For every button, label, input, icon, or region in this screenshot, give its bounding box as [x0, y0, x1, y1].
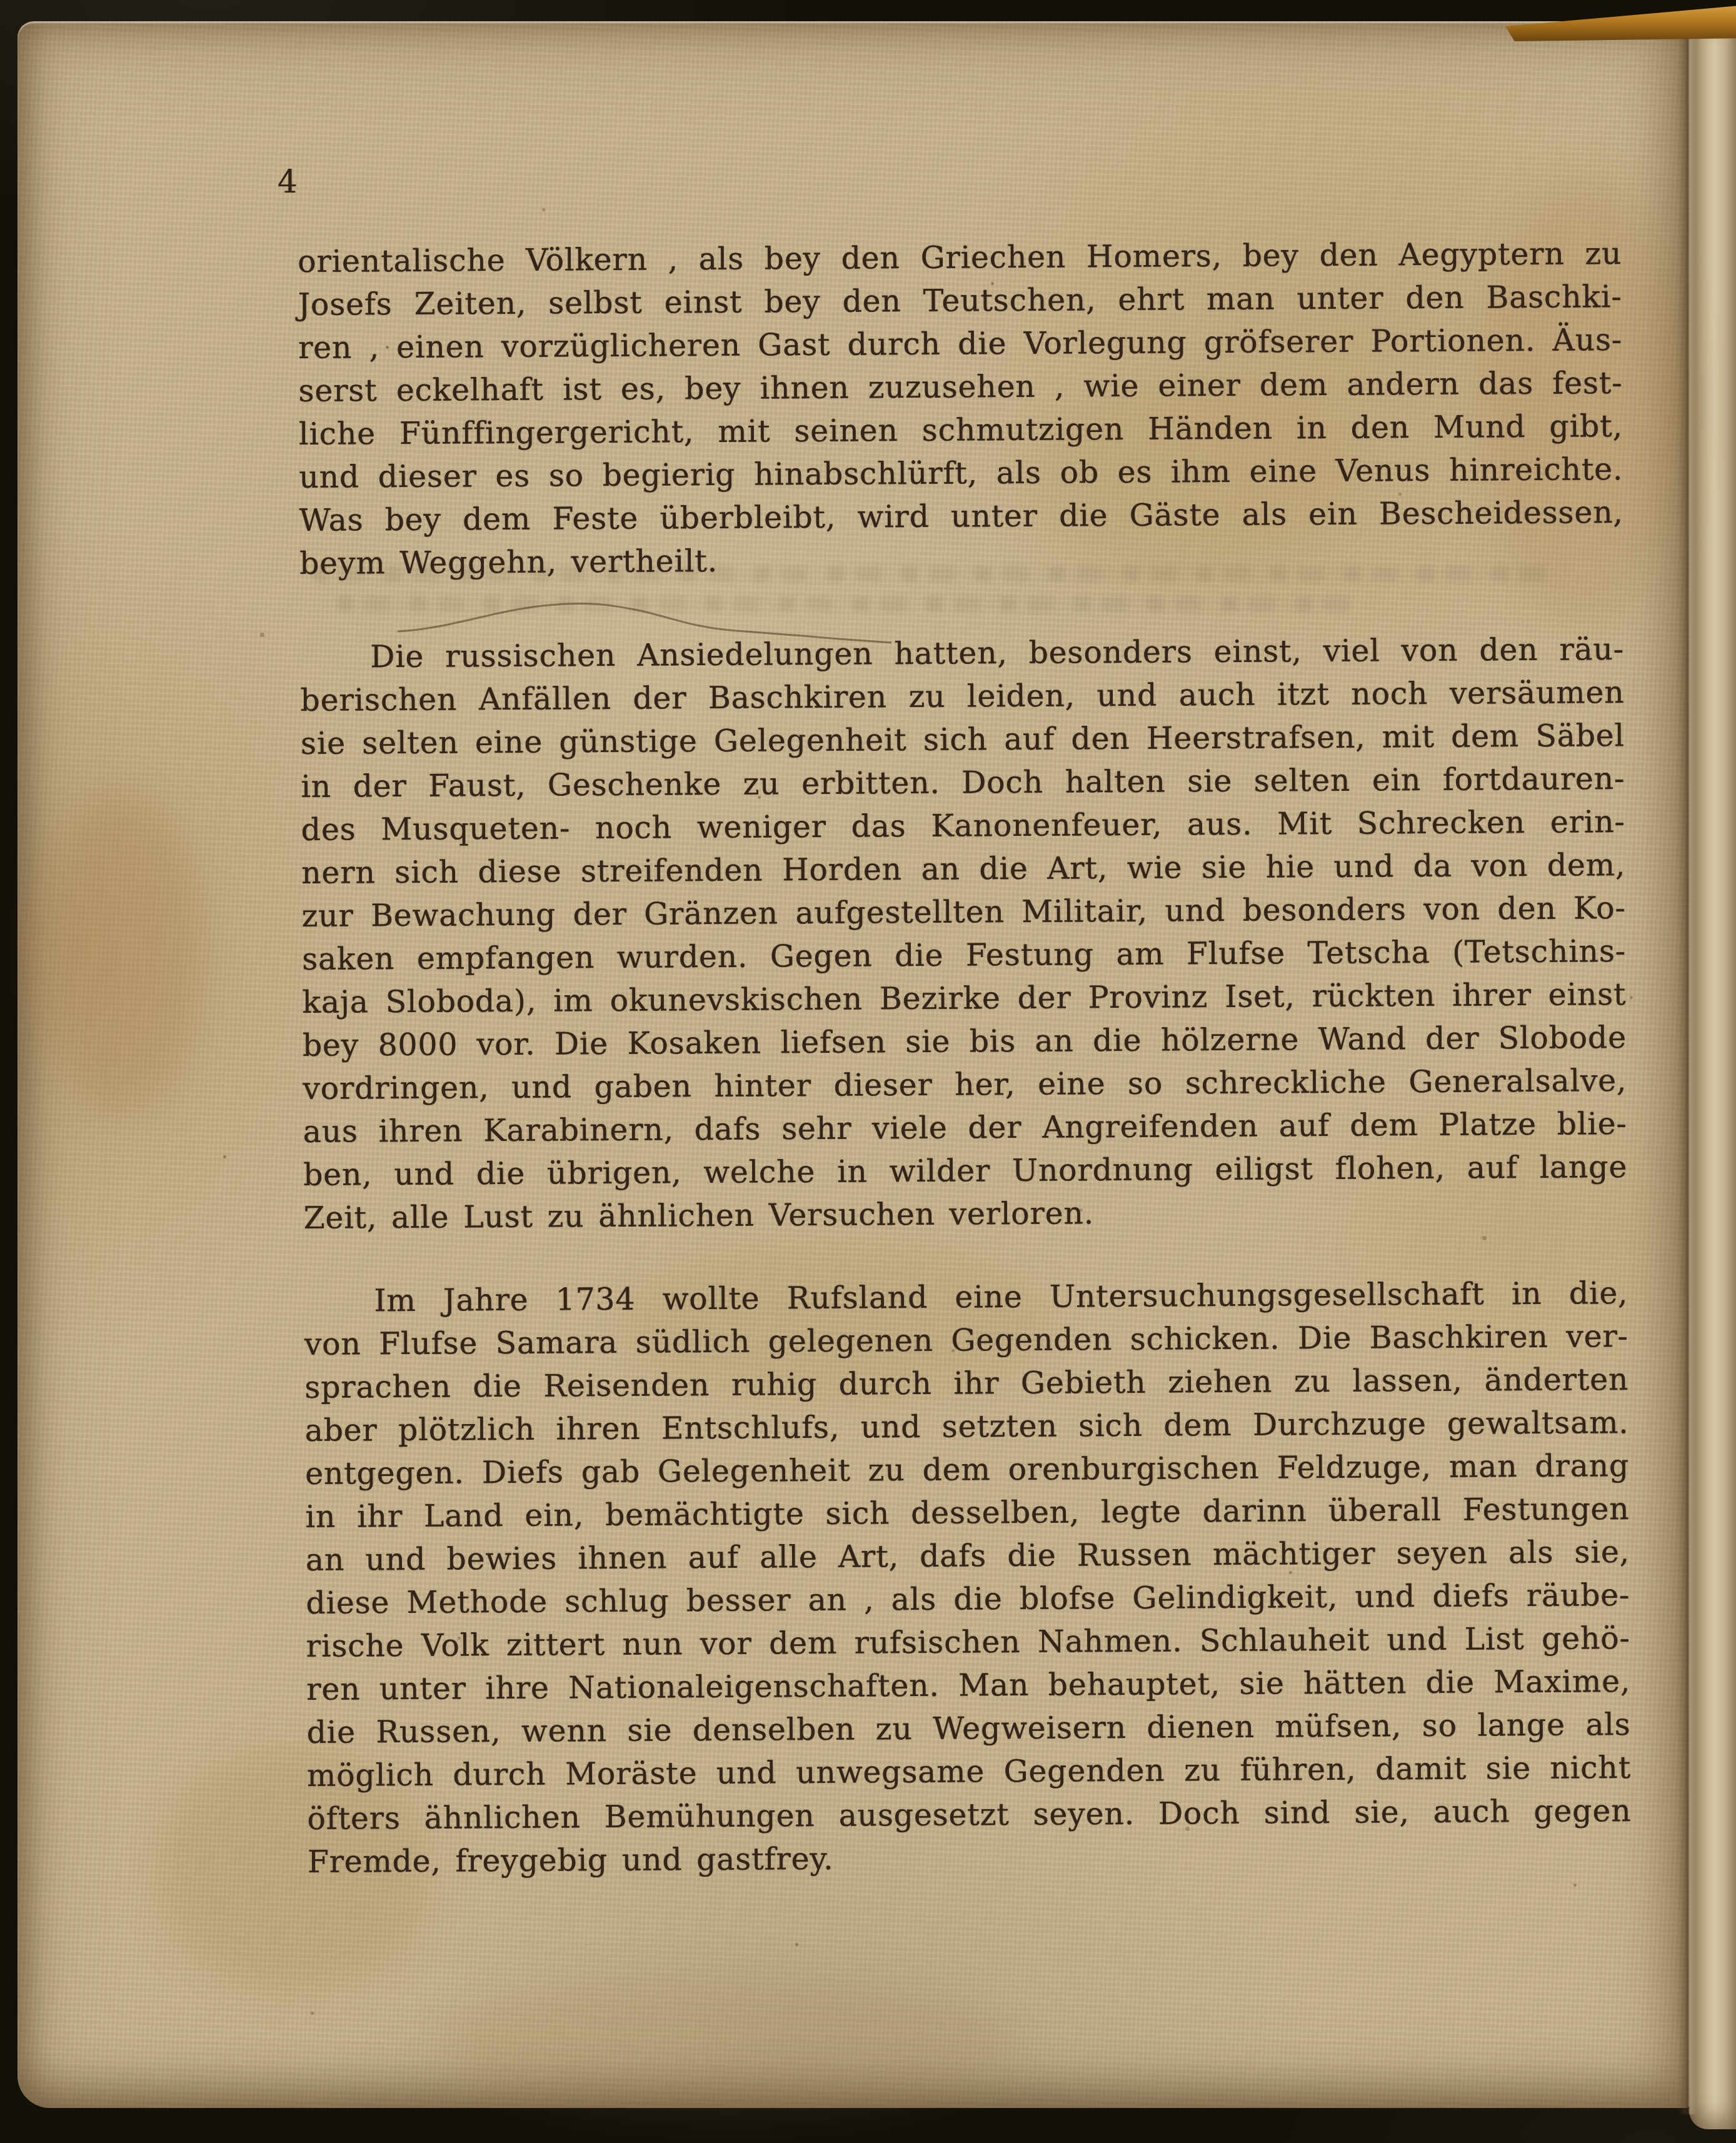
- paragraph: Die russischen Ansiedelungen hatten, bes…: [300, 628, 1628, 1240]
- text-line: Josefs Zeiten, selbst einst bey den Teut…: [298, 275, 1622, 326]
- text-line: die Russen, wenn sie denselben zu Wegwei…: [306, 1703, 1630, 1754]
- text-line: in ihr Land ein, bemächtigte sich dessel…: [305, 1487, 1629, 1538]
- text-line: und dieser es so begierig hinabschlürft,…: [299, 448, 1623, 499]
- page-text: orientalische Völkern , als bey den Grie…: [298, 232, 1632, 1884]
- text-line: sprachen die Reisenden ruhig durch ihr G…: [304, 1358, 1628, 1409]
- text-line: öfters ähnlichen Bemühungen ausgesetzt s…: [307, 1789, 1631, 1840]
- text-line: liche Fünffingergericht, mit seinen schm…: [299, 404, 1623, 456]
- text-line: nern sich diese streifenden Horden an di…: [301, 843, 1625, 895]
- book-scan: 4 orientalische Völkern , als bey den Gr…: [0, 0, 1736, 2143]
- text-line: kaja Sloboda), im okunevskischen Bezirke…: [302, 973, 1626, 1024]
- text-line: ben, und die übrigen, welche in wilder U…: [303, 1145, 1627, 1197]
- text-line: Im Jahre 1734 wollte Rufsland eine Unter…: [304, 1272, 1628, 1323]
- text-line: von Flufse Samara südlich gelegenen Gege…: [304, 1315, 1628, 1366]
- text-line: ren unter ihre Nationaleigenschaften. Ma…: [306, 1660, 1630, 1711]
- paper-stain: [443, 1972, 1018, 2115]
- text-line: ren , einen vorzüglicheren Gast durch di…: [298, 318, 1622, 369]
- text-line: aber plötzlich ihren Entschlufs, und set…: [304, 1401, 1628, 1452]
- text-line: in der Faust, Geschenke zu erbitten. Doc…: [301, 757, 1625, 808]
- text-line: rische Volk zittert nun vor dem rufsisch…: [306, 1617, 1630, 1668]
- text-line: an und bewies ihnen auf alle Art, dafs d…: [306, 1530, 1630, 1582]
- paper-specks: [18, 21, 19, 23]
- page-fold-crease: [1678, 19, 1697, 2114]
- text-line: Fremde, freygebig und gastfrey.: [308, 1832, 1632, 1884]
- page-paper: 4 orientalische Völkern , als bey den Gr…: [18, 21, 1690, 2108]
- text-line: entgegen. Diefs gab Gelegenheit zu dem o…: [305, 1444, 1629, 1495]
- paragraph: Im Jahre 1734 wollte Rufsland eine Unter…: [304, 1272, 1632, 1884]
- text-line: zur Bewachung der Gränzen aufgestellten …: [301, 886, 1625, 938]
- paper-stain: [36, 790, 205, 1115]
- text-line: diese Methode schlug besser an , als die…: [306, 1573, 1630, 1625]
- text-line: Die russischen Ansiedelungen hatten, bes…: [300, 628, 1624, 679]
- text-line: Was bey dem Feste überbleibt, wird unter…: [299, 491, 1623, 542]
- text-line: serst eckelhaft ist es, bey ihnen zuzuse…: [298, 361, 1622, 413]
- text-line: berischen Anfällen der Baschkiren zu lei…: [300, 671, 1624, 722]
- text-line: orientalische Völkern , als bey den Grie…: [298, 232, 1622, 283]
- text-line: möglich durch Moräste und unwegsame Gege…: [307, 1746, 1631, 1797]
- text-line: Zeit, alle Lust zu ähnlichen Versuchen v…: [303, 1188, 1627, 1240]
- text-line: vordringen, und gaben hinter dieser her,…: [303, 1059, 1627, 1110]
- paragraph: orientalische Völkern , als bey den Grie…: [298, 232, 1623, 585]
- text-line: des Musqueten- noch weniger das Kanonenf…: [301, 800, 1625, 851]
- page-number: 4: [278, 164, 298, 200]
- text-line: beym Weggehn, vertheilt.: [299, 534, 1623, 585]
- text-line: bey 8000 vor. Die Kosaken liefsen sie bi…: [303, 1016, 1627, 1067]
- text-line: saken empfangen wurden. Gegen die Festun…: [302, 930, 1626, 981]
- text-line: aus ihren Karabinern, dafs sehr viele de…: [303, 1102, 1627, 1153]
- text-line: sie selten eine günstige Gelegenheit sic…: [301, 714, 1625, 765]
